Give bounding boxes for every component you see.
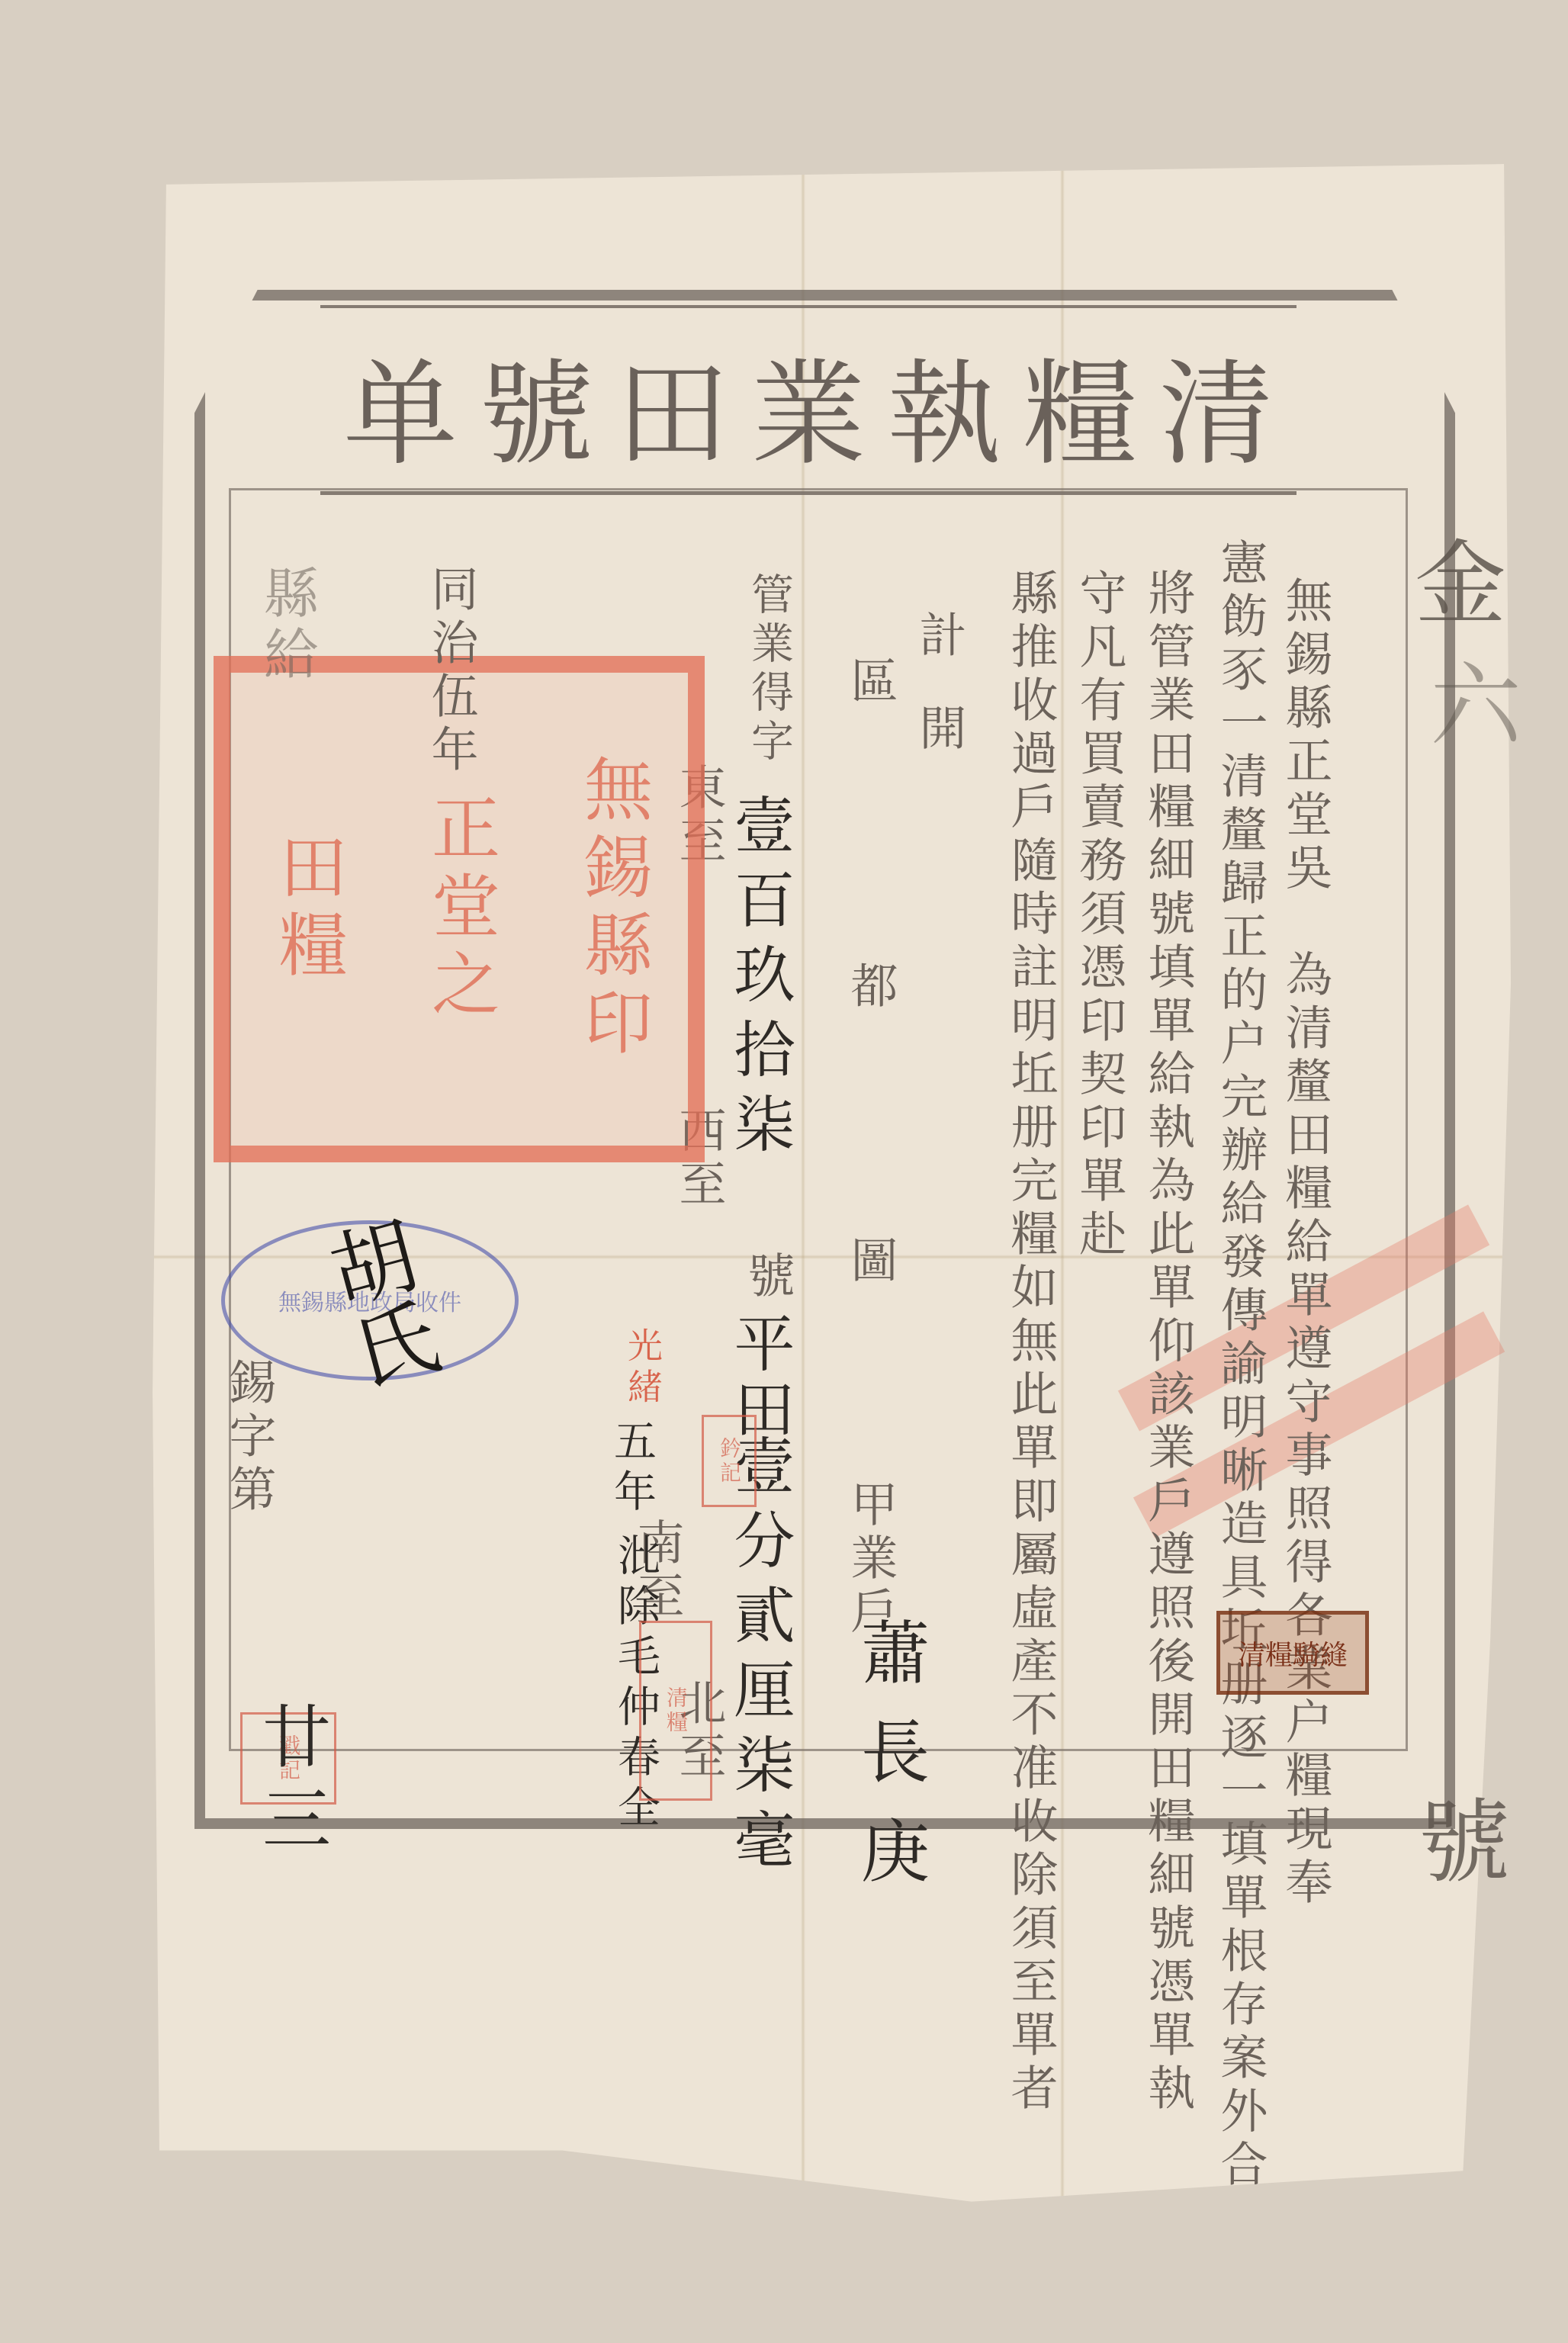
tu-label: 圖: [847, 1236, 894, 1289]
proclamation-column-1: 無錫縣正堂吳 為清釐田糧給單遵守事照得各業户糧現奉: [1281, 576, 1329, 1911]
issue-date: 同治伍年: [427, 564, 474, 778]
seal-column: 無錫縣印: [562, 754, 661, 1065]
serial-number: 廿三: [255, 1701, 324, 1866]
later-date-era: 光緒: [625, 1327, 660, 1409]
owner-name: 蕭長庚: [854, 1617, 923, 1914]
later-date-year: 五年: [610, 1419, 653, 1519]
small-red-seal: 清糧: [639, 1621, 712, 1801]
title-char: 執: [887, 322, 1001, 487]
hao-label: 號: [744, 1251, 791, 1304]
proclamation-column-4: 守凡有買賣務須憑印契印單赴: [1075, 568, 1123, 1262]
seal-column: 田糧: [257, 831, 356, 987]
serial-prefix: 錫字第: [225, 1358, 272, 1518]
ye-de-zi-label: 管業得字: [747, 572, 790, 767]
proclamation-column-2: 憲飭豕一清釐歸正的户完辦給發傳諭明晰造具坵册逐一填單根存案外合: [1216, 538, 1264, 2193]
title-char: 號: [479, 322, 593, 487]
title-char: 業: [751, 322, 866, 487]
proclamation-column-3: 將管業田糧細號填單給執為此單仰該業戶遵照後開田糧細號憑單執: [1144, 568, 1191, 2116]
title-char: 清: [1159, 322, 1274, 487]
county-label: 縣給: [259, 564, 314, 686]
margin-char: 金: [1415, 511, 1506, 642]
brown-seal: 清糧騎縫: [1216, 1611, 1369, 1695]
document-title: 清 糧 執 業 田 號 单: [343, 336, 1274, 473]
margin-char: 六: [1430, 633, 1521, 764]
du-label: 都: [847, 961, 894, 1014]
seal-column: 正堂之: [410, 792, 509, 1026]
hao-number: 壹百玖拾柒: [728, 793, 789, 1167]
title-char: 糧: [1023, 322, 1138, 487]
proclamation-column-5: 縣推收過戶隨時註明坵册完糧如無此單即屬虛產不准收除須至單者: [1007, 568, 1054, 2116]
ji-kai-label: 計開: [915, 610, 962, 796]
qu-label: 區: [847, 656, 894, 709]
title-char: 田: [615, 322, 730, 487]
small-red-seal: 鈐記: [702, 1415, 757, 1507]
margin-char: 號: [1419, 1769, 1510, 1901]
title-char: 单: [343, 322, 458, 487]
jia-ye-hu-label: 甲業戶: [847, 1480, 894, 1640]
